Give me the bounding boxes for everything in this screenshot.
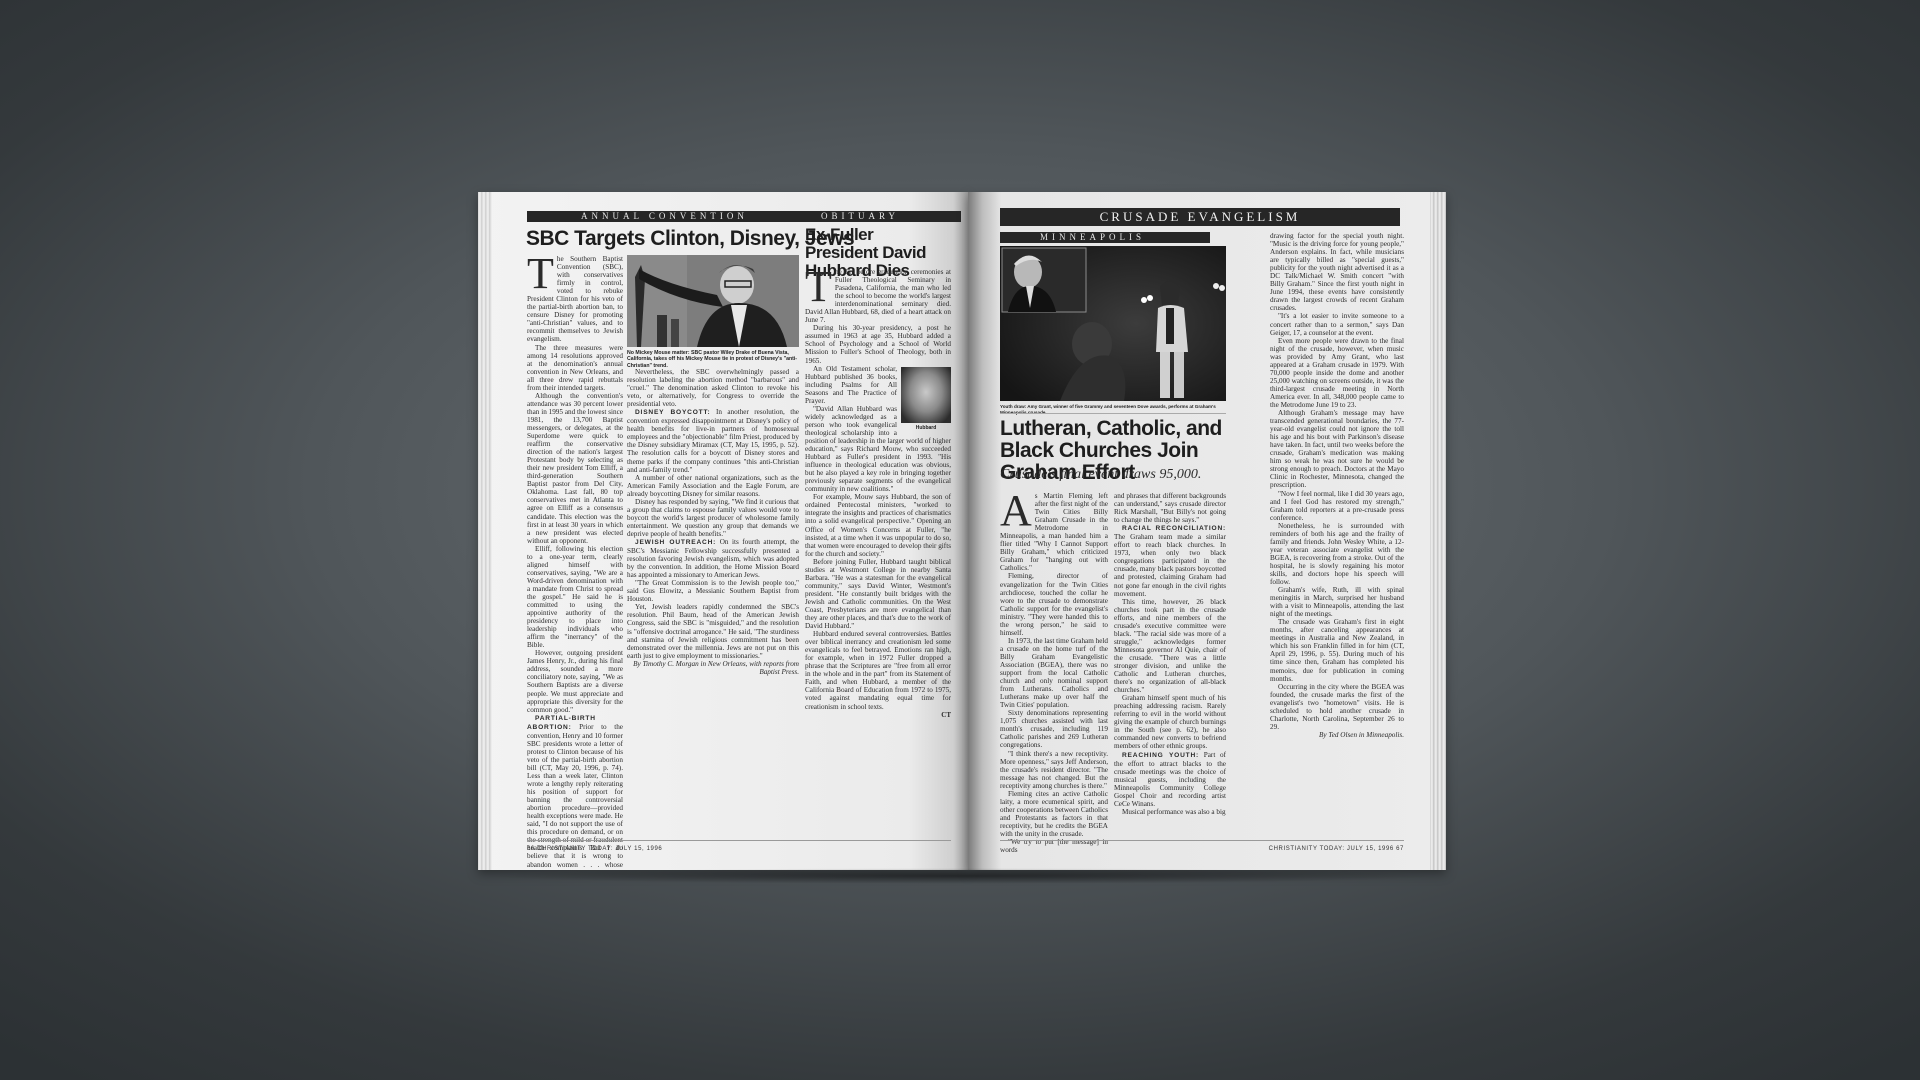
paragraph: The crusade was Graham's first in eight …	[1270, 618, 1404, 682]
photo-caption-sbc: No Mickey Mouse matter: SBC pastor Wiley…	[627, 350, 799, 369]
page-edge-right	[1430, 192, 1446, 870]
deck-crusade: Crusade's final event draws 95,000.	[1000, 467, 1230, 483]
paragraph: Part of the effort to attract blacks to …	[1114, 751, 1226, 808]
end-mark-ct: CT	[805, 711, 951, 719]
paragraph: A number of other national organizations…	[627, 474, 799, 498]
paragraph: and phrases that different backgrounds c…	[1114, 492, 1226, 524]
left-page: ANNUAL CONVENTION OBITUARY SBC Targets C…	[478, 192, 968, 870]
paragraph: "It's a lot easier to invite someone to …	[1270, 312, 1404, 336]
paragraph: The three measures were among 14 resolut…	[527, 344, 623, 392]
dropcap-a: A	[1000, 493, 1032, 529]
paragraph: Even more people were drawn to the final…	[1270, 337, 1404, 409]
headline-sbc: SBC Targets Clinton, Disney, Jews	[526, 228, 806, 250]
paragraph: Fleming, director of evangelization for …	[1000, 572, 1108, 636]
section-banner: CRUSADE EVANGELISM	[1000, 208, 1400, 226]
photo-amy-grant	[1000, 246, 1226, 401]
paragraph: Yet, Jewish leaders rapidly condemned th…	[627, 603, 799, 659]
page-edge-left	[478, 192, 492, 870]
paragraph: Sixty denominations representing 1,075 c…	[1000, 709, 1108, 749]
photo-illustration-icon	[1000, 246, 1226, 401]
portrait-caption: Hubbard	[901, 425, 951, 431]
paragraph: Before joining Fuller, Hubbard taught bi…	[805, 558, 951, 630]
photo-caption-crusade: Youth draw: Amy Grant, winner of five Gr…	[1000, 404, 1226, 417]
footer-left: 66 CHRISTIANITY TODAY: JULY 15, 1996	[527, 846, 662, 852]
portrait-hubbard	[901, 367, 951, 423]
photo-illustration-icon	[627, 255, 799, 347]
portrait-hubbard-wrap: Hubbard	[901, 367, 951, 433]
caption-rule	[1000, 413, 1226, 414]
paragraph: Fleming cites an active Catholic laity, …	[1000, 790, 1108, 838]
right-page: CRUSADE EVANGELISM MINNEAPOLIS	[968, 192, 1446, 870]
paragraph: "The Great Commission is to the Jewish p…	[627, 579, 799, 603]
paragraph: Disney has responded by saying, "We find…	[627, 498, 799, 538]
paragraph: Although the convention's attendance was…	[527, 392, 623, 545]
footer-rule	[1000, 840, 1404, 841]
footer-rule	[527, 840, 951, 841]
paragraph: "Now I feel normal, like I did 30 years …	[1270, 490, 1404, 522]
byline-sbc: By Timothy C. Morgan in New Orleans, wit…	[627, 660, 799, 676]
paragraph: drawing factor for the special youth nig…	[1270, 232, 1404, 312]
byline-crusade: By Ted Olsen in Minneapolis.	[1270, 731, 1404, 739]
subhead-reaching-youth: REACHING YOUTH:	[1122, 752, 1199, 759]
paragraph: Graham's wife, Ruth, ill with spinal men…	[1270, 586, 1404, 618]
paragraph: Nevertheless, the SBC overwhelmingly pas…	[627, 368, 799, 408]
paragraph: Although Graham's message may have trans…	[1270, 409, 1404, 489]
paragraph: During his 30-year presidency, a post he…	[805, 324, 951, 364]
paragraph: Graham himself spent much of his preachi…	[1114, 694, 1226, 750]
kicker-minneapolis: MINNEAPOLIS	[1000, 232, 1210, 243]
kicker-annual-convention: ANNUAL CONVENTION	[527, 211, 843, 222]
paragraph: Elliff, following his election to a one-…	[527, 545, 623, 650]
open-magazine-spread: ANNUAL CONVENTION OBITUARY SBC Targets C…	[478, 192, 1446, 870]
paragraph: In another resolution, the convention ex…	[627, 408, 799, 473]
obituary-column: T he day before graduation ceremonies at…	[805, 268, 951, 719]
dropcap-t: T	[527, 256, 554, 292]
paragraph: This time, however, 26 black churches to…	[1114, 598, 1226, 695]
photo-wiley-drake	[627, 255, 799, 347]
sbc-column-2: Nevertheless, the SBC overwhelmingly pas…	[627, 368, 799, 676]
paragraph: Hubbard endured several controversies. B…	[805, 630, 951, 710]
paragraph: However, outgoing president James Henry,…	[527, 649, 623, 713]
sbc-column-1: T he Southern Baptist Convention (SBC), …	[527, 255, 623, 870]
footer-right: CHRISTIANITY TODAY: JULY 15, 1996 67	[1269, 846, 1404, 852]
paragraph: For example, Mouw says Hubbard, the son …	[805, 493, 951, 557]
paragraph: Nonetheless, he is surrounded with remin…	[1270, 522, 1404, 586]
paragraph: The Graham team made a similar effort to…	[1114, 533, 1226, 597]
crusade-column-1: A s Martin Fleming left after the first …	[1000, 492, 1108, 854]
paragraph: In 1973, the last time Graham held a cru…	[1000, 637, 1108, 709]
paragraph: Musical performance was also a big	[1114, 808, 1226, 816]
crusade-column-2: and phrases that different backgrounds c…	[1114, 492, 1226, 816]
subhead-disney-boycott: DISNEY BOYCOTT:	[635, 409, 711, 416]
dropcap-t-obituary: T	[805, 269, 832, 305]
paragraph: Occurring in the city where the BGEA was…	[1270, 683, 1404, 731]
subhead-racial-reconciliation: RACIAL RECONCILIATION:	[1122, 525, 1226, 532]
subhead-jewish-outreach: JEWISH OUTREACH:	[635, 539, 716, 546]
kicker-obituary: OBITUARY	[805, 211, 961, 222]
paragraph: "I think there's a new receptivity. More…	[1000, 750, 1108, 790]
crusade-column-3: drawing factor for the special youth nig…	[1270, 232, 1404, 739]
